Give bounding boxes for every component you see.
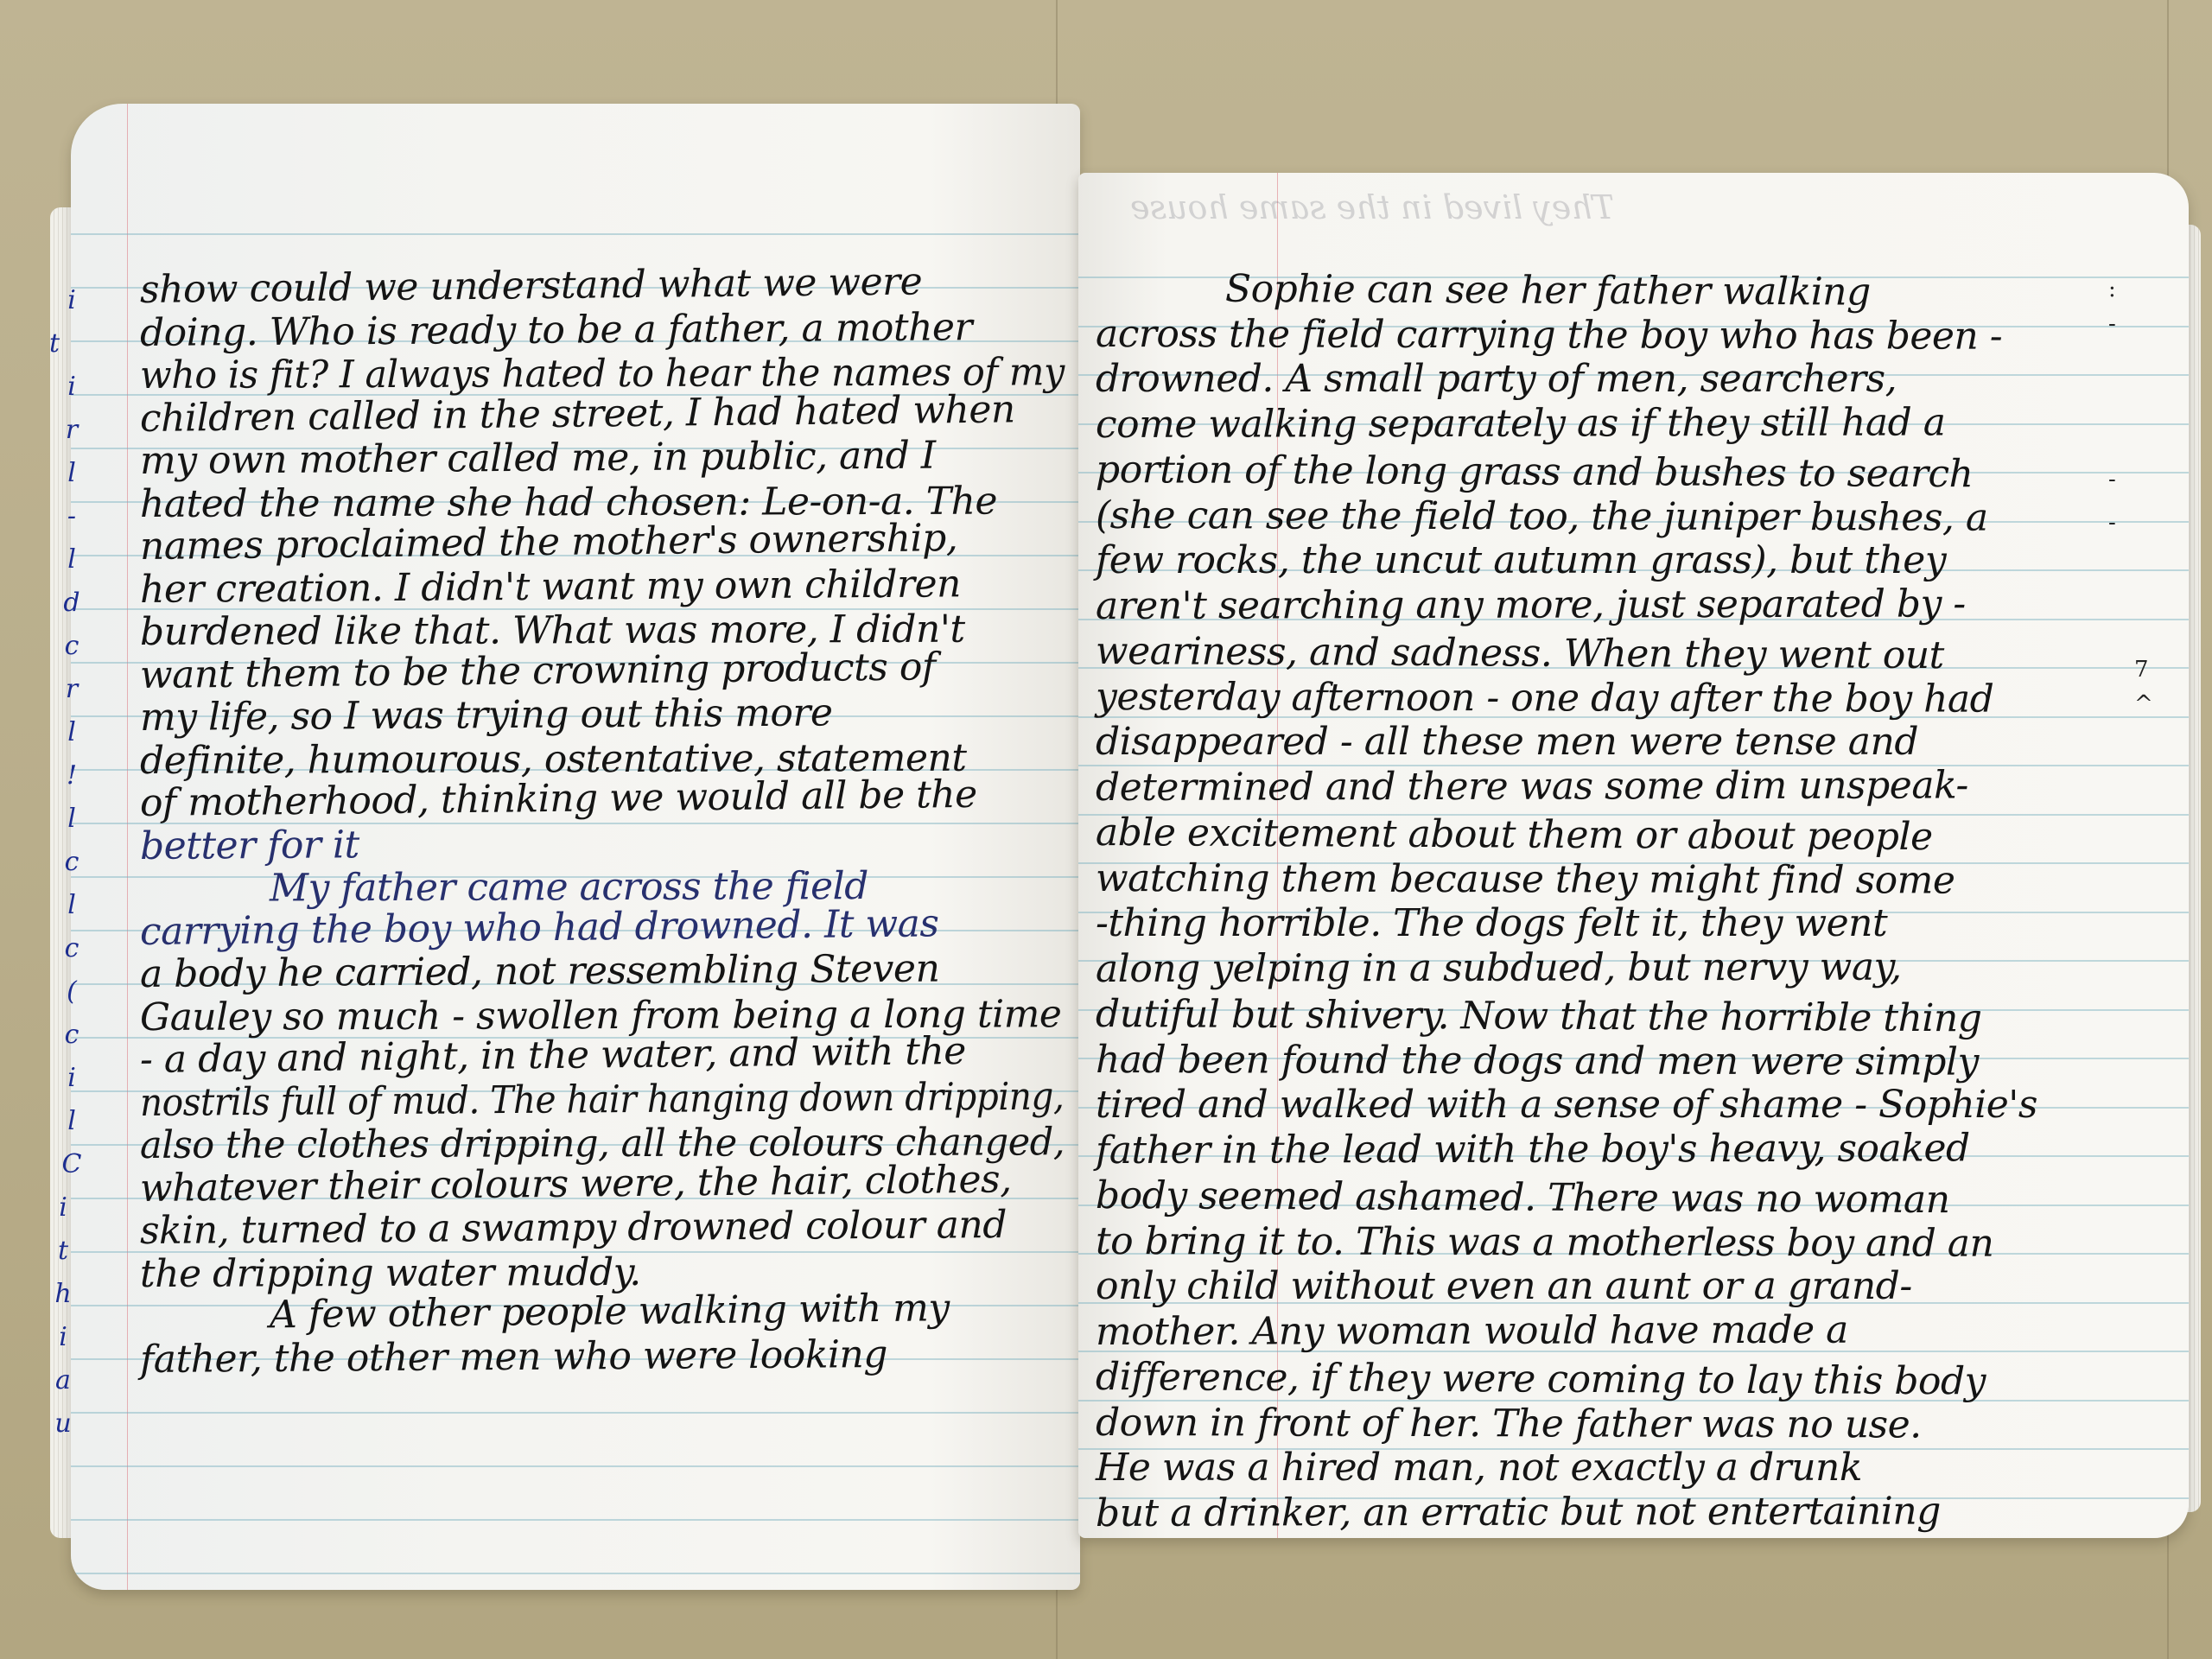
margin-mark: l: [59, 544, 85, 575]
handwritten-line: nostrils full of mud. The hair hanging d…: [140, 1074, 1065, 1124]
handwritten-line: yesterday afternoon - one day after the …: [1096, 675, 1994, 721]
handwritten-line: of motherhood, thinking we would all be …: [140, 772, 977, 825]
margin-mark: c: [59, 847, 85, 877]
handwritten-line: only child without even an aunt or a gra…: [1096, 1264, 1912, 1308]
margin-mark: t: [50, 1236, 76, 1266]
handwritten-line: a body he carried, not ressembling Steve…: [140, 947, 940, 996]
margin-mark: i: [59, 285, 85, 315]
handwritten-line: my life, so I was trying out this more: [140, 690, 833, 740]
margin-mark: l: [59, 717, 85, 747]
rule-line: [71, 1465, 1080, 1467]
handwritten-line: portion of the long grass and bushes to …: [1096, 448, 1974, 496]
margin-mark: C: [59, 1149, 85, 1179]
rule-line: [71, 233, 1080, 235]
margin-mark: -: [59, 501, 85, 531]
handwritten-line: better for it: [140, 823, 359, 868]
margin-mark: u: [50, 1408, 76, 1439]
margin-mark: i: [50, 1322, 76, 1352]
margin-mark: l: [59, 804, 85, 834]
margin-mark: c: [59, 1020, 85, 1050]
handwritten-line: difference, if they were coming to lay t…: [1096, 1355, 1986, 1403]
margin-mark: c: [59, 631, 85, 661]
margin-mark: t: [41, 328, 67, 359]
margin-mark: d: [59, 588, 85, 618]
margin-line: [127, 104, 128, 1590]
handwritten-line: down in front of her. The father was no …: [1096, 1401, 1922, 1447]
handwritten-line: had been found the dogs and men were sim…: [1096, 1038, 1979, 1084]
handwritten-line: want them to be the crowning products of: [140, 645, 936, 697]
handwritten-line: watching them because they might find so…: [1096, 856, 1955, 903]
handwritten-line: weariness, and sadness. When they went o…: [1096, 629, 1944, 677]
handwritten-line: names proclaimed the mother's ownership,: [140, 516, 958, 569]
margin-mark: h: [50, 1279, 76, 1309]
handwritten-line: whatever their colours were, the hair, c…: [140, 1157, 1012, 1211]
handwritten-line: her creation. I didn't want my own child…: [140, 562, 961, 612]
handwritten-line: children called in the street, I had hat…: [140, 387, 1015, 441]
handwritten-line: the dripping water muddy.: [140, 1249, 641, 1295]
handwritten-line: body seemed ashamed. There was no woman: [1096, 1173, 1950, 1222]
handwritten-line: to bring it to. This was a motherless bo…: [1096, 1219, 1994, 1266]
margin-mark: r: [59, 415, 85, 445]
handwritten-line: show could we understand what we were: [140, 260, 923, 312]
margin-mark: l: [59, 458, 85, 488]
margin-mark: r: [59, 674, 85, 704]
right-margin-mark: :: [2108, 276, 2116, 302]
handwritten-line: He was a hired man, not exactly a drunk: [1096, 1446, 1862, 1490]
right-margin-mark: ^: [2134, 691, 2153, 717]
rule-line: [71, 1573, 1080, 1574]
rule-line: [71, 1519, 1080, 1521]
margin-mark: i: [50, 1192, 76, 1223]
handwritten-line: determined and there was some dim unspea…: [1096, 763, 1968, 810]
handwritten-line: father, the other men who were looking: [140, 1332, 887, 1381]
bleed-through-text: They lived in the same house: [1130, 188, 1614, 226]
handwritten-line: tired and walked with a sense of shame -…: [1096, 1083, 2037, 1127]
right-margin-mark: -: [2108, 311, 2116, 337]
margin-mark: !: [59, 760, 85, 791]
handwritten-line: -thing horrible. The dogs felt it, they …: [1096, 901, 1887, 945]
margin-mark: (: [59, 976, 85, 1007]
handwritten-line: come walking separately as if they still…: [1096, 400, 1946, 447]
handwritten-line: skin, turned to a swampy drowned colour …: [140, 1203, 1007, 1253]
margin-mark: a: [50, 1365, 76, 1395]
handwritten-line: disappeared - all these men were tense a…: [1096, 720, 1918, 764]
handwritten-line: but a drinker, an erratic but not entert…: [1096, 1489, 1941, 1535]
margin-mark: l: [59, 1106, 85, 1136]
handwritten-line: father in the lead with the boy's heavy,…: [1096, 1126, 1970, 1173]
handwritten-line: Sophie can see her father walking: [1096, 266, 1871, 315]
margin-mark: c: [59, 933, 85, 963]
handwritten-line: drowned. A small party of men, searchers…: [1096, 357, 1897, 401]
right-margin-mark: 7: [2134, 657, 2149, 683]
right-page: They lived in the same house Sophie can …: [1078, 173, 2189, 1538]
handwritten-line: across the field carrying the boy who ha…: [1096, 312, 2002, 359]
handwritten-line: - a day and night, in the water, and wit…: [140, 1029, 966, 1082]
handwritten-line: doing. Who is ready to be a father, a mo…: [140, 305, 972, 355]
right-margin-mark: -: [2108, 467, 2116, 493]
handwritten-line: aren't searching any more, just separate…: [1096, 582, 1966, 628]
right-margin-mark: -: [2108, 510, 2116, 536]
handwritten-line: A few other people walking with my: [140, 1286, 950, 1338]
margin-mark: l: [59, 890, 85, 920]
handwritten-line: dutiful but shivery. Now that the horrib…: [1096, 992, 1982, 1040]
handwritten-line: mother. Any woman would have made a: [1096, 1307, 1848, 1353]
handwritten-line: (she can see the field too, the juniper …: [1096, 493, 1988, 540]
margin-mark: i: [59, 372, 85, 402]
handwritten-line: my own mother called me, in public, and …: [140, 434, 936, 483]
handwritten-line: able excitement about them or about peop…: [1096, 810, 1933, 859]
handwritten-line: carrying the boy who had drowned. It was: [140, 901, 939, 954]
handwritten-line: few rocks, the uncut autumn grass), but …: [1096, 538, 1946, 582]
margin-mark: i: [59, 1063, 85, 1093]
handwritten-line: along yelping in a subdued, but nervy wa…: [1096, 944, 1902, 990]
rule-line: [71, 1412, 1080, 1414]
left-page: show could we understand what we weredoi…: [71, 104, 1080, 1590]
